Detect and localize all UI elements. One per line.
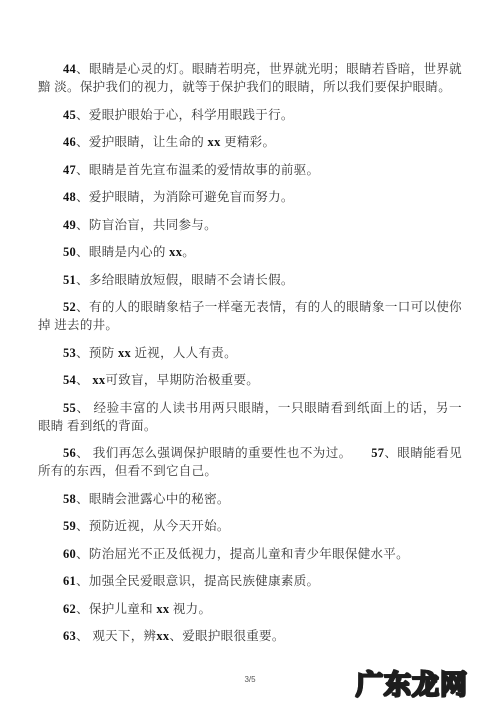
item-text: 、爱眼护眼始于心，科学用眼践于行。 — [76, 108, 294, 122]
item-number-or-placeholder: 57 — [371, 446, 384, 460]
list-item: 48、爱护眼睛，为消除可避免盲而努力。 — [38, 188, 462, 206]
item-text: 、防盲治盲，共同参与。 — [76, 218, 217, 232]
list-item: 47、眼睛是首先宣布温柔的爱情故事的前驱。 — [38, 161, 462, 179]
list-item: 59、预防近视，从今天开始。 — [38, 517, 462, 535]
list-item: 51、多给眼睛放短假，眼睛不会请长假。 — [38, 271, 462, 289]
item-number-or-placeholder: 59 — [63, 519, 76, 533]
list-item: 61、加强全民爱眼意识，提高民族健康素质。 — [38, 572, 462, 590]
list-item: 44、眼睛是心灵的灯。眼睛若明亮，世界就光明；眼睛若昏暗，世界就黯 淡。保护我们… — [38, 60, 462, 96]
list-item: 49、防盲治盲，共同参与。 — [38, 216, 462, 234]
item-number-or-placeholder: 61 — [63, 574, 76, 588]
item-number-or-placeholder: 50 — [63, 245, 76, 259]
item-text: 、加强全民爱眼意识，提高民族健康素质。 — [76, 574, 319, 588]
item-text: 、爱眼护眼很重要。 — [169, 629, 284, 643]
list-item: 53、预防 xx 近视，人人有责。 — [38, 344, 462, 362]
item-text: 、眼睛会泄露心中的秘密。 — [76, 492, 230, 506]
list-item: 45、爱眼护眼始于心，科学用眼践于行。 — [38, 106, 462, 124]
document-page: 44、眼睛是心灵的灯。眼睛若明亮，世界就光明；眼睛若昏暗，世界就黯 淡。保护我们… — [0, 0, 500, 708]
item-text: 、爱护眼睛，让生命的 — [76, 135, 207, 149]
item-text: 、 我们再怎么强调保护眼睛的重要性也不为过。 — [76, 446, 371, 460]
item-number-or-placeholder: 45 — [63, 108, 76, 122]
item-text: 、眼睛是内心的 — [76, 245, 169, 259]
item-number-or-placeholder: 51 — [63, 273, 76, 287]
list-item: 58、眼睛会泄露心中的秘密。 — [38, 490, 462, 508]
item-text: 、 — [76, 373, 92, 387]
list-item: 54、 xx可致盲，早期防治极重要。 — [38, 371, 462, 389]
item-number-or-placeholder: xx — [156, 629, 169, 643]
item-number-or-placeholder: 58 — [63, 492, 76, 506]
item-text: 、预防 — [76, 346, 118, 360]
item-number-or-placeholder: xx — [208, 135, 221, 149]
list-item: 63、 观天下，辨xx、爱眼护眼很重要。 — [38, 627, 462, 645]
item-number-or-placeholder: 52 — [63, 300, 76, 314]
item-number-or-placeholder: 53 — [63, 346, 76, 360]
item-text: 、防治屈光不正及低视力，提高儿童和青少年眼保健水平。 — [76, 547, 409, 561]
item-text: 、眼睛是首先宣布温柔的爱情故事的前驱。 — [76, 163, 319, 177]
item-number-or-placeholder: 44 — [63, 62, 76, 76]
item-text: 、 观天下，辨 — [76, 629, 156, 643]
list-item: 46、爱护眼睛，让生命的 xx 更精彩。 — [38, 133, 462, 151]
item-number-or-placeholder: xx — [156, 602, 169, 616]
item-text: 。 — [182, 245, 195, 259]
list-item: 55、 经验丰富的人读书用两只眼睛，一只眼睛看到纸面上的话，另一眼睛 看到纸的背… — [38, 399, 462, 435]
list-item: 50、眼睛是内心的 xx。 — [38, 243, 462, 261]
item-number-or-placeholder: 62 — [63, 602, 76, 616]
item-text: 、预防近视，从今天开始。 — [76, 519, 230, 533]
list-item: 62、保护儿童和 xx 视力。 — [38, 600, 462, 618]
item-number-or-placeholder: 55 — [63, 401, 76, 415]
slogan-list: 44、眼睛是心灵的灯。眼睛若明亮，世界就光明；眼睛若昏暗，世界就黯 淡。保护我们… — [38, 60, 462, 655]
item-number-or-placeholder: 63 — [63, 629, 76, 643]
item-number-or-placeholder: 49 — [63, 218, 76, 232]
item-text: 、多给眼睛放短假，眼睛不会请长假。 — [76, 273, 294, 287]
item-text: 视力。 — [169, 602, 211, 616]
item-number-or-placeholder: xx — [118, 346, 131, 360]
item-number-or-placeholder: xx — [92, 373, 105, 387]
item-text: 更精彩。 — [221, 135, 276, 149]
item-number-or-placeholder: 60 — [63, 547, 76, 561]
item-text: 、 经验丰富的人读书用两只眼睛，一只眼睛看到纸面上的话，另一眼睛 看到纸的背面。 — [38, 401, 462, 433]
item-text: 、有的人的眼睛象桔子一样毫无表情，有的人的眼睛象一口可以使你掉 进去的井。 — [38, 300, 462, 332]
item-text: 、爱护眼睛，为消除可避免盲而努力。 — [76, 190, 294, 204]
list-item: 52、有的人的眼睛象桔子一样毫无表情，有的人的眼睛象一口可以使你掉 进去的井。 — [38, 298, 462, 334]
item-number-or-placeholder: 48 — [63, 190, 76, 204]
item-number-or-placeholder: 56 — [63, 446, 76, 460]
watermark-text: 广东龙网 — [356, 663, 468, 702]
item-text: 近视，人人有责。 — [131, 346, 237, 360]
list-item: 56、 我们再怎么强调保护眼睛的重要性也不为过。 57、眼睛能看见所有的东西，但… — [38, 444, 462, 480]
item-number-or-placeholder: 54 — [63, 373, 76, 387]
list-item: 60、防治屈光不正及低视力，提高儿童和青少年眼保健水平。 — [38, 545, 462, 563]
item-text: 、保护儿童和 — [76, 602, 156, 616]
item-number-or-placeholder: 46 — [63, 135, 76, 149]
item-text: 、眼睛是心灵的灯。眼睛若明亮，世界就光明；眼睛若昏暗，世界就黯 淡。保护我们的视… — [38, 62, 462, 94]
item-number-or-placeholder: xx — [169, 245, 182, 259]
item-number-or-placeholder: 47 — [63, 163, 76, 177]
item-text: 可致盲，早期防治极重要。 — [105, 373, 259, 387]
